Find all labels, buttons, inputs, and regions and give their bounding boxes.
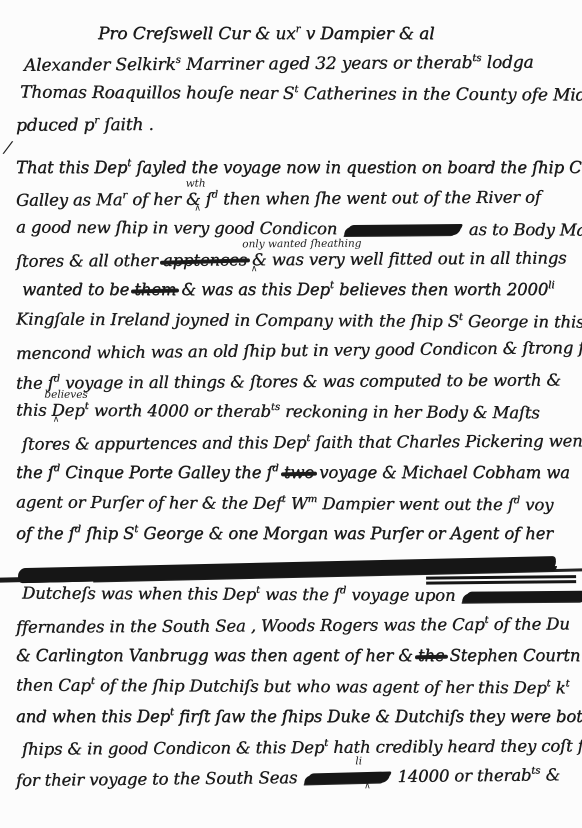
manuscript-text: this Dep (16, 401, 85, 420)
superscript-abbreviation: d (272, 463, 278, 474)
manuscript-text: and when this Dep (16, 707, 170, 726)
manuscript-text: ſhip S (81, 524, 134, 543)
manuscript-text: Alexander Selkirk (24, 55, 176, 76)
insertion-caret: ∧ (53, 415, 59, 425)
manuscript-text: hath credibly heard they coſt fitt (328, 736, 582, 757)
manuscript-text: George & one Morgan was Purſer or Agent … (138, 524, 553, 543)
interlinear-insertion: li (355, 755, 362, 767)
interlinear-insertion: wth (186, 177, 206, 189)
manuscript-text: Catherines in the County ofe Midd (298, 84, 582, 106)
manuscript-line: Galley as Mar of her & ſd then when ſhe … (16, 187, 582, 221)
manuscript-line: agent or Purſer of her & the Deft Wm Dam… (16, 492, 582, 525)
manuscript-text: reckoning in her Body & Maſts (280, 402, 540, 422)
ink-tick-artifact: / (3, 138, 12, 159)
manuscript-text: That this Dep (16, 158, 127, 177)
crossed-out-word: the (418, 646, 445, 665)
manuscript-line: ſtores & appurtences and this Dept ſaith… (22, 431, 582, 465)
manuscript-line: the ſd Cinque Porte Galley the ſd two vo… (16, 463, 582, 494)
manuscript-text: then when ſhe went out of the River of (218, 187, 541, 208)
manuscript-line: ſtores & all other apptences & was very … (16, 248, 582, 282)
manuscript-line: and when this Dept firſt ſaw the ſhips D… (16, 707, 582, 738)
manuscript-text: ſaith . (99, 115, 154, 135)
manuscript-text: lodga (481, 53, 533, 73)
manuscript-line: mencond which was an old ſhip but in ver… (16, 338, 582, 374)
manuscript-line: of the ſd ſhip St George & one Morgan wa… (16, 524, 582, 555)
insertion-caret: ∧ (251, 264, 257, 274)
manuscript-text: k (551, 678, 566, 697)
manuscript-text: agent or Purſer of her & the Def (16, 492, 282, 512)
manuscript-text: ſaith that Charles Pickering went (310, 431, 582, 452)
manuscript-text: believes then worth 2000 (334, 280, 548, 299)
manuscript-line: wanted to be them & was as this Dept bel… (22, 280, 582, 311)
manuscript-text: Galley as Ma (16, 190, 123, 210)
manuscript-text: a good new ſhip in very good Condicon (16, 218, 342, 239)
crossed-out-word: apptences (163, 250, 247, 270)
manuscript-text: voy (520, 495, 553, 514)
manuscript-text: Dutcheſs was when this Dep (22, 584, 256, 604)
manuscript-line: ſhips & in good Condicon & this Dept hat… (22, 736, 582, 770)
manuscript-text: of the ſ (16, 524, 74, 543)
manuscript-text: mencond which was an old ſhip but in ver… (16, 338, 582, 363)
manuscript-text: of the Du (488, 614, 569, 633)
manuscript-line: Alexander Selkirks Marriner aged 32 year… (24, 52, 582, 85)
manuscript-text: voyage upon (346, 585, 460, 605)
manuscript-text: Stephen Courtn (444, 646, 580, 665)
manuscript-text: ſtores & appurtences and this Dep (22, 432, 306, 453)
ink-blot-double-rule (426, 575, 576, 579)
manuscript-text: then Cap (16, 675, 91, 694)
interlinear-insertion: only wanted ſheathing (242, 237, 361, 250)
interlinear-insertion: believes (44, 389, 87, 401)
manuscript-text: the ſ (16, 463, 54, 482)
manuscript-line: the ſd voyage in all things & ſtores & w… (16, 370, 582, 404)
insertion-caret: ∧ (194, 203, 200, 213)
manuscript-text: ſhips & in good Condicon & this Dep (22, 737, 324, 758)
manuscript-text: Dampier went out the ſ (317, 494, 514, 514)
manuscript-text: Cinque Porte Galley the ſ (60, 463, 272, 482)
manuscript-text: was the ſ (260, 585, 340, 604)
manuscript-text: ffernandes in the South Sea , Woods Roge… (16, 614, 485, 636)
manuscript-line: Dutcheſs was when this Dept was the ſd v… (22, 584, 582, 617)
manuscript-text: voyage in all things & ſtores & was comp… (60, 370, 561, 392)
manuscript-text: ſtores & all other (16, 250, 163, 270)
deposition-heading: Pro Creſswell Cur & uxr v Dampier & alAl… (26, 24, 582, 144)
manuscript-text: as to Body Maſts Sayles & w (464, 220, 582, 240)
manuscript-text: 14000 or therab (392, 766, 531, 786)
manuscript-text: W (286, 493, 308, 512)
manuscript-line: then Capt of the ſhip Dutchiſs but who w… (16, 675, 582, 708)
manuscript-text: firſt ſaw the ſhips Duke & Dutchiſs they… (174, 707, 582, 726)
manuscript-line: That this Dept ſayled the voyage now in … (16, 158, 582, 189)
manuscript-line: this Dept worth 4000 or therabts reckoni… (16, 401, 582, 434)
manuscript-line: Kingſale in Ireland joyned in Company wi… (16, 309, 582, 342)
superscript-abbreviation: li (548, 280, 554, 291)
manuscript-text: wanted to be (22, 280, 134, 299)
manuscript-text: pduced p (16, 115, 94, 135)
deposition-body: That this Dept ſayled the voyage now in … (16, 158, 582, 799)
manuscript-text: & was very well fitted out in all things (247, 248, 567, 269)
manuscript-text: George in this (463, 311, 582, 331)
crossed-out-word: two (284, 463, 314, 482)
manuscript-text: Kingſale in Ireland joyned in Company wi… (16, 309, 459, 330)
illegible-scribble (344, 226, 462, 236)
superscript-abbreviation: ts (271, 402, 280, 413)
ink-blot-redaction-line (16, 552, 582, 588)
illegible-scribble (462, 593, 582, 603)
manuscript-text: for their voyage to the South Seas (16, 768, 303, 790)
manuscript-line: ffernandes in the South Sea , Woods Roge… (16, 614, 582, 648)
manuscript-text: worth 4000 or therab (89, 401, 271, 421)
manuscript-text: Pro Creſswell Cur & ux (98, 24, 296, 44)
superscript-abbreviation: m (308, 494, 318, 505)
manuscript-line: Pro Creſswell Cur & uxr v Dampier & al (98, 24, 582, 54)
crossed-out-word: them (134, 280, 176, 299)
insertion-caret: ∧ (364, 781, 371, 791)
manuscript-text: of the ſhip Dutchiſs but who was agent o… (95, 675, 547, 696)
manuscript-line: pduced pr ſaith . (16, 112, 582, 145)
manuscript-text: voyage & Michael Cobham wa (314, 463, 570, 482)
manuscript-text: Marriner aged 32 years or therab (181, 53, 473, 75)
manuscript-page: Pro Creſswell Cur & uxr v Dampier & alAl… (0, 0, 582, 828)
superscript-abbreviation: ts (531, 765, 540, 776)
manuscript-line: for their voyage to the South Seas 14000… (16, 765, 582, 801)
manuscript-line: Thomas Roaquillos houſe near St Catherin… (20, 83, 582, 116)
manuscript-text: ſayled the voyage now in question on boa… (131, 158, 582, 177)
manuscript-text: Thomas Roaquillos houſe near S (20, 83, 294, 104)
manuscript-text: & Carlington Vanbrugg was then agent of … (16, 646, 418, 665)
superscript-abbreviation: t (566, 678, 570, 689)
manuscript-text: v Dampier & al (300, 24, 434, 44)
manuscript-text: & was as this Dep (176, 280, 330, 299)
illegible-scribble (304, 773, 390, 784)
manuscript-line: & Carlington Vanbrugg was then agent of … (16, 646, 582, 677)
manuscript-text: & (540, 765, 560, 784)
